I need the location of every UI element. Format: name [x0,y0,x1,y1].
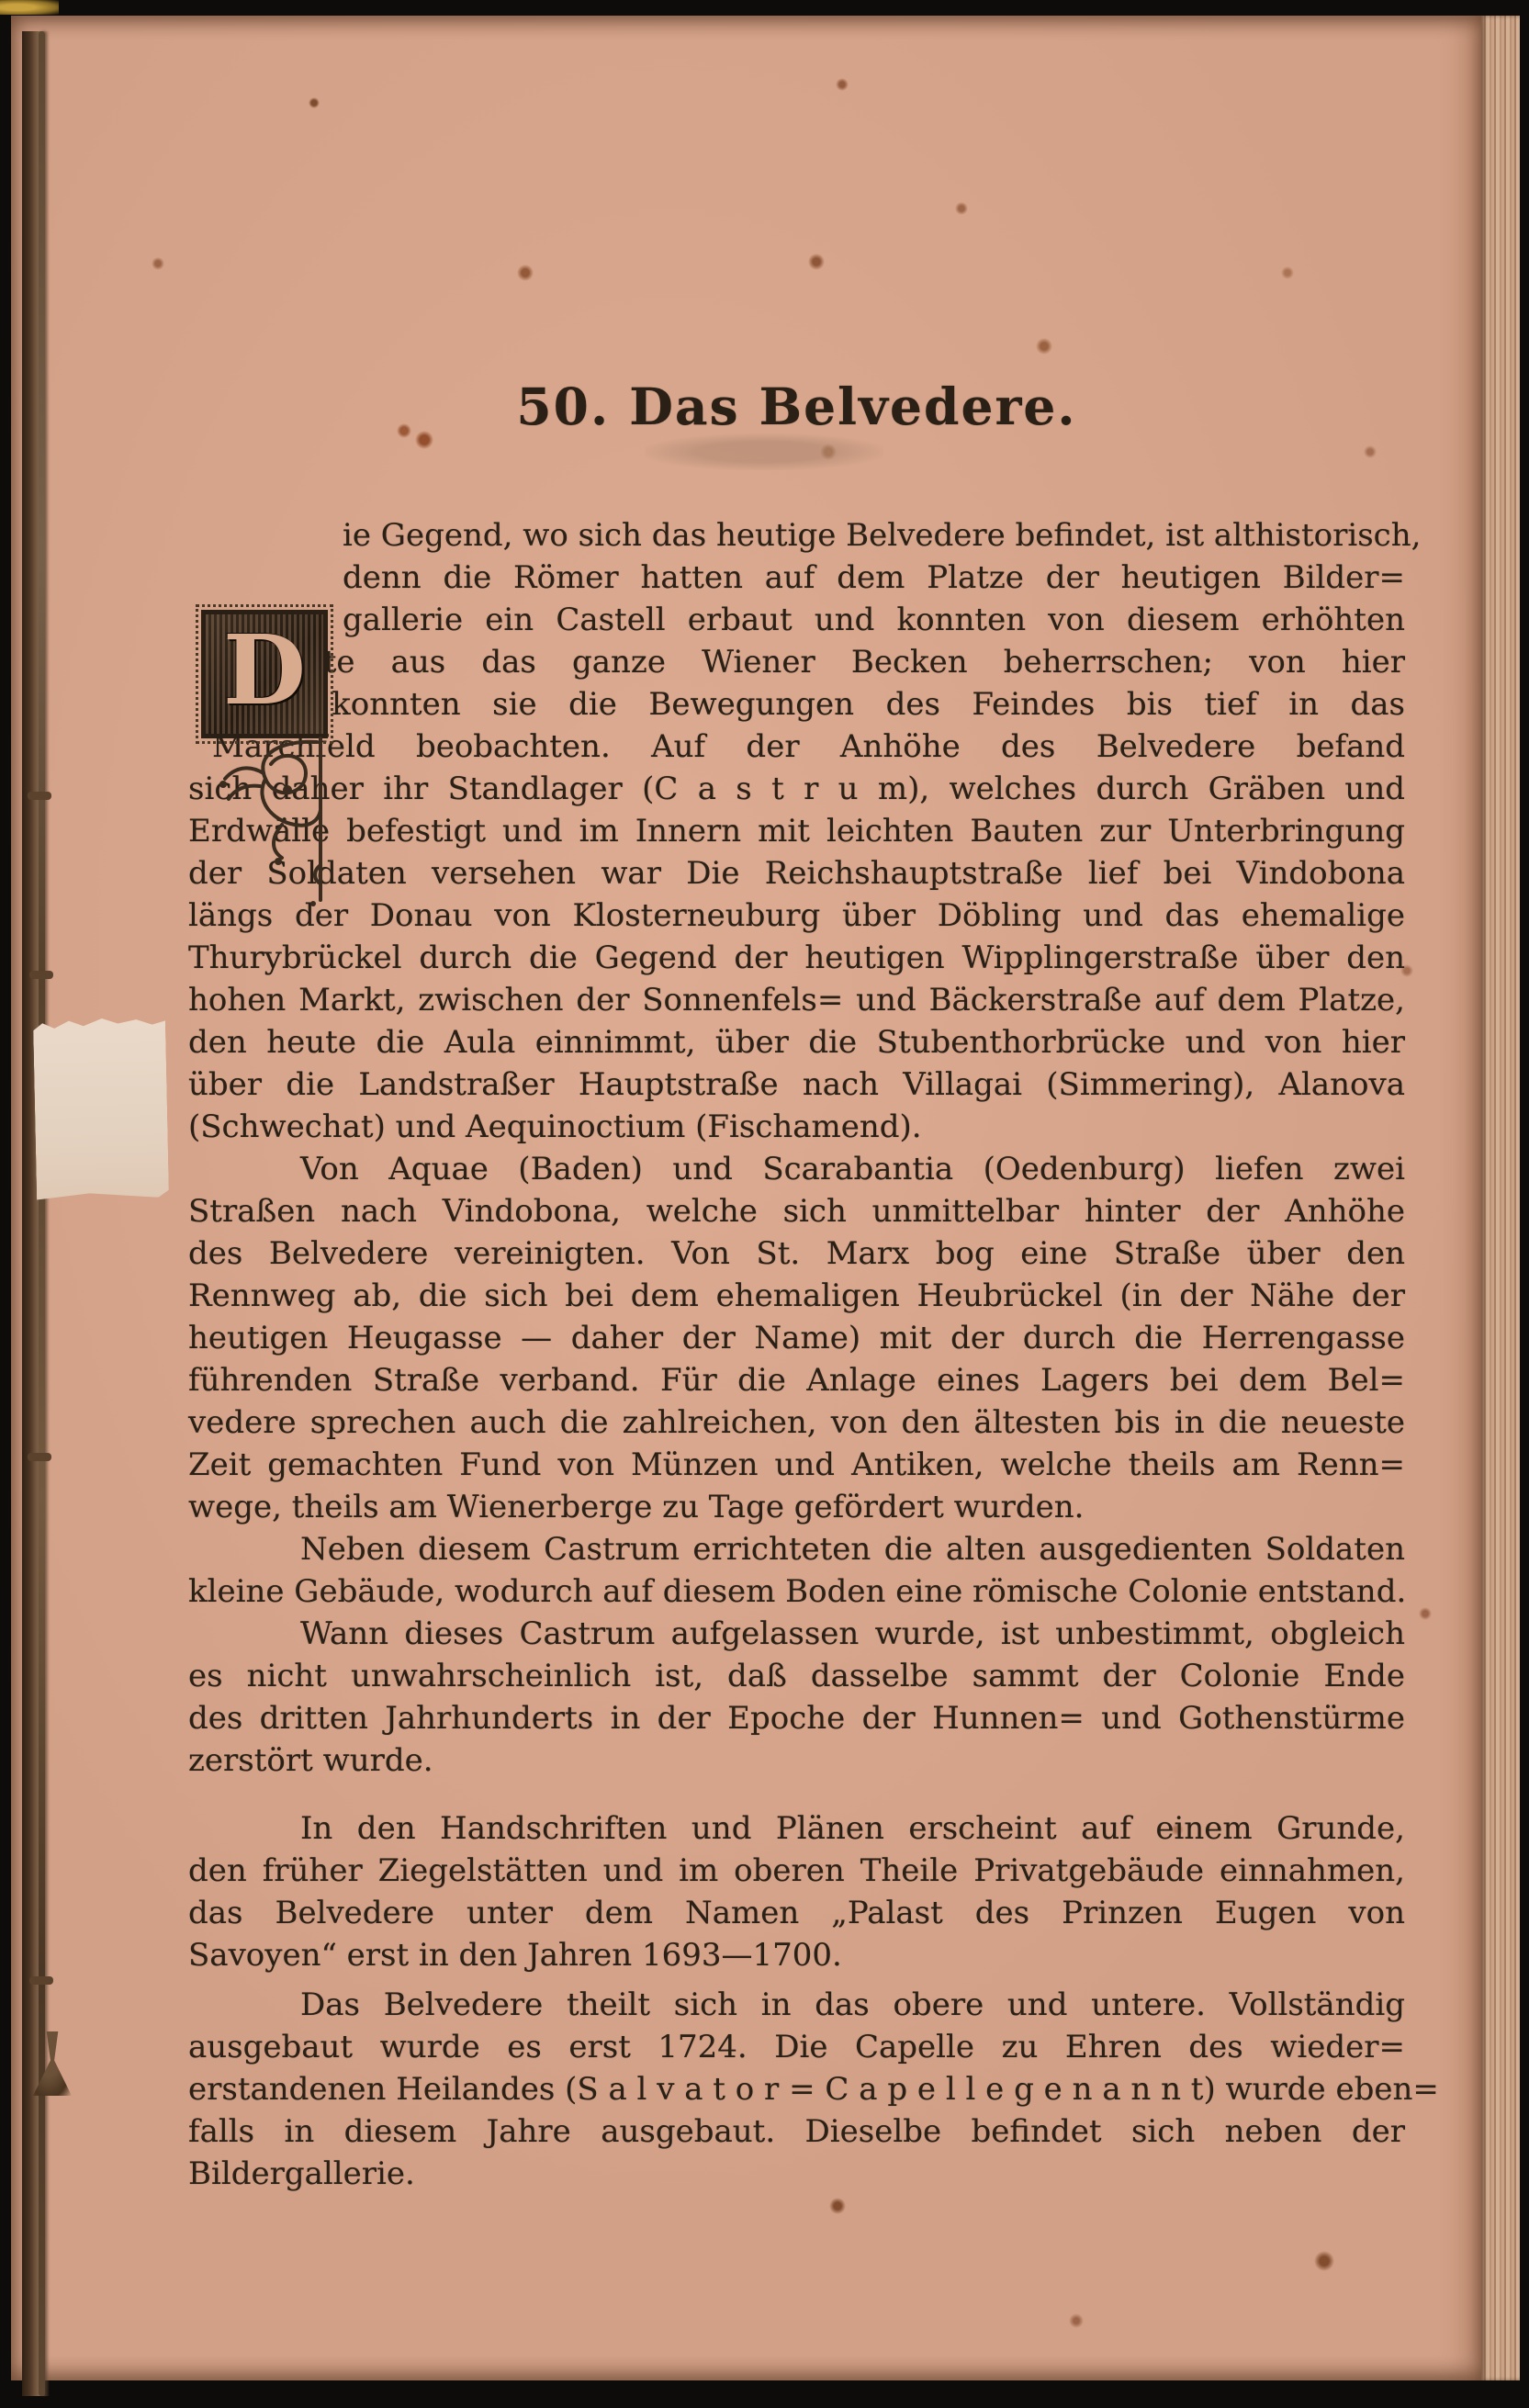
binding-cord [39,31,45,2396]
text-line: Das Belvedere theilt sich in das obere u… [188,1984,1405,2026]
text-line: Bildergallerie. [188,2153,1405,2195]
text-line: wege, theils am Wienerberge zu Tage gefö… [188,1486,1405,1528]
text-line: der Soldaten versehen war Die Reichshaup… [188,852,1405,895]
text-line: Straßen nach Vindobona, welche sich unmi… [188,1190,1405,1232]
text-line: ie Gegend, wo sich das heutige Belvedere… [188,514,1405,557]
page-edge-stack [1481,16,1520,2380]
text-line: Erdwälle befestigt und im Innern mit lei… [188,810,1405,852]
repair-patch [33,1018,169,1200]
paragraph: Neben diesem Castrum errichteten die alt… [188,1528,1405,1613]
binding-gutter [22,31,50,2396]
text-line: falls in diesem Jahre ausgebaut. Dieselb… [188,2110,1405,2153]
text-line: heutigen Heugasse — daher der Name) mit … [188,1317,1405,1359]
text-block: 50. Das Belvedere. D [188,377,1405,2195]
text-line: Marchfeld beobachten. Auf der Anhöhe des… [188,726,1405,768]
text-line: vedere sprechen auch die zahlreichen, vo… [188,1401,1405,1444]
text-line: Zeit gemachten Fund von Münzen und Antik… [188,1444,1405,1486]
stitch-mark [28,792,51,800]
text-line: Neben diesem Castrum errichteten die alt… [188,1528,1405,1570]
gilded-spine-trim [0,0,59,15]
text-line: zerstört wurde. [188,1739,1405,1782]
scanned-book-photo: { "title": "50. Das Belvedere.", "drop_c… [0,0,1529,2408]
text-line: den heute die Aula einnimmt, über die St… [188,1021,1405,1063]
text-line: erstandenen Heilandes (S a l v a t o r =… [188,2068,1405,2110]
text-line: hohen Markt, zwischen der Sonnenfels= un… [188,979,1405,1021]
paragraph: Von Aquae (Baden) und Scarabantia (Oeden… [188,1148,1405,1528]
text-line: es nicht unwahrscheinlich ist, daß dasse… [188,1655,1405,1697]
text-line: Puncte aus das ganze Wiener Becken beher… [188,641,1405,683]
text-line: ausgebaut wurde es erst 1724. Die Capell… [188,2026,1405,2068]
paragraph: Wann dieses Castrum aufgelassen wurde, i… [188,1613,1405,1782]
stitch-mark [29,1976,53,1985]
text-line: des dritten Jahrhunderts in der Epoche d… [188,1697,1405,1739]
body-text: D ie Gegend, wo [188,514,1405,2195]
text-line: Savoyen“ erst in den Jahren 1693—1700. [188,1934,1405,1976]
stitch-mark [28,1453,51,1461]
text-line: In den Handschriften und Plänen erschein… [188,1807,1405,1850]
text-line: über die Landstraßer Hauptstraße nach Vi… [188,1063,1405,1106]
text-line: Thurybrückel durch die Gegend der heutig… [188,937,1405,979]
text-line: sich daher ihr Standlager (C a s t r u m… [188,768,1405,810]
text-line: kleine Gebäude, wodurch auf diesem Boden… [188,1570,1405,1613]
stitch-mark [29,971,53,979]
paragraph: ie Gegend, wo sich das heutige Belvedere… [188,514,1405,1148]
text-line: längs der Donau von Klosterneuburg über … [188,895,1405,937]
paragraph: In den Handschriften und Plänen erschein… [188,1807,1405,1976]
text-line: (Schwechat) und Aequinoctium (Fischamend… [188,1106,1405,1148]
text-line: führenden Straße verband. Für die Anlage… [188,1359,1405,1401]
text-line: gallerie ein Castell erbaut und konnten … [188,599,1405,641]
text-line: Wann dieses Castrum aufgelassen wurde, i… [188,1613,1405,1655]
paragraph: Das Belvedere theilt sich in das obere u… [188,1984,1405,2195]
chapter-title: 50. Das Belvedere. [188,377,1405,437]
text-line: das Belvedere unter dem Namen „Palast de… [188,1892,1405,1934]
text-line: des Belvedere vereinigten. Von St. Marx … [188,1232,1405,1275]
text-line: denn die Römer hatten auf dem Platze der… [188,557,1405,599]
text-line: Rennweg ab, die sich bei dem ehemaligen … [188,1275,1405,1317]
text-line: den früher Ziegelstätten und im oberen T… [188,1850,1405,1892]
text-line: Von Aquae (Baden) und Scarabantia (Oeden… [188,1148,1405,1190]
text-line: aus konnten sie die Bewegungen des Feind… [188,683,1405,726]
